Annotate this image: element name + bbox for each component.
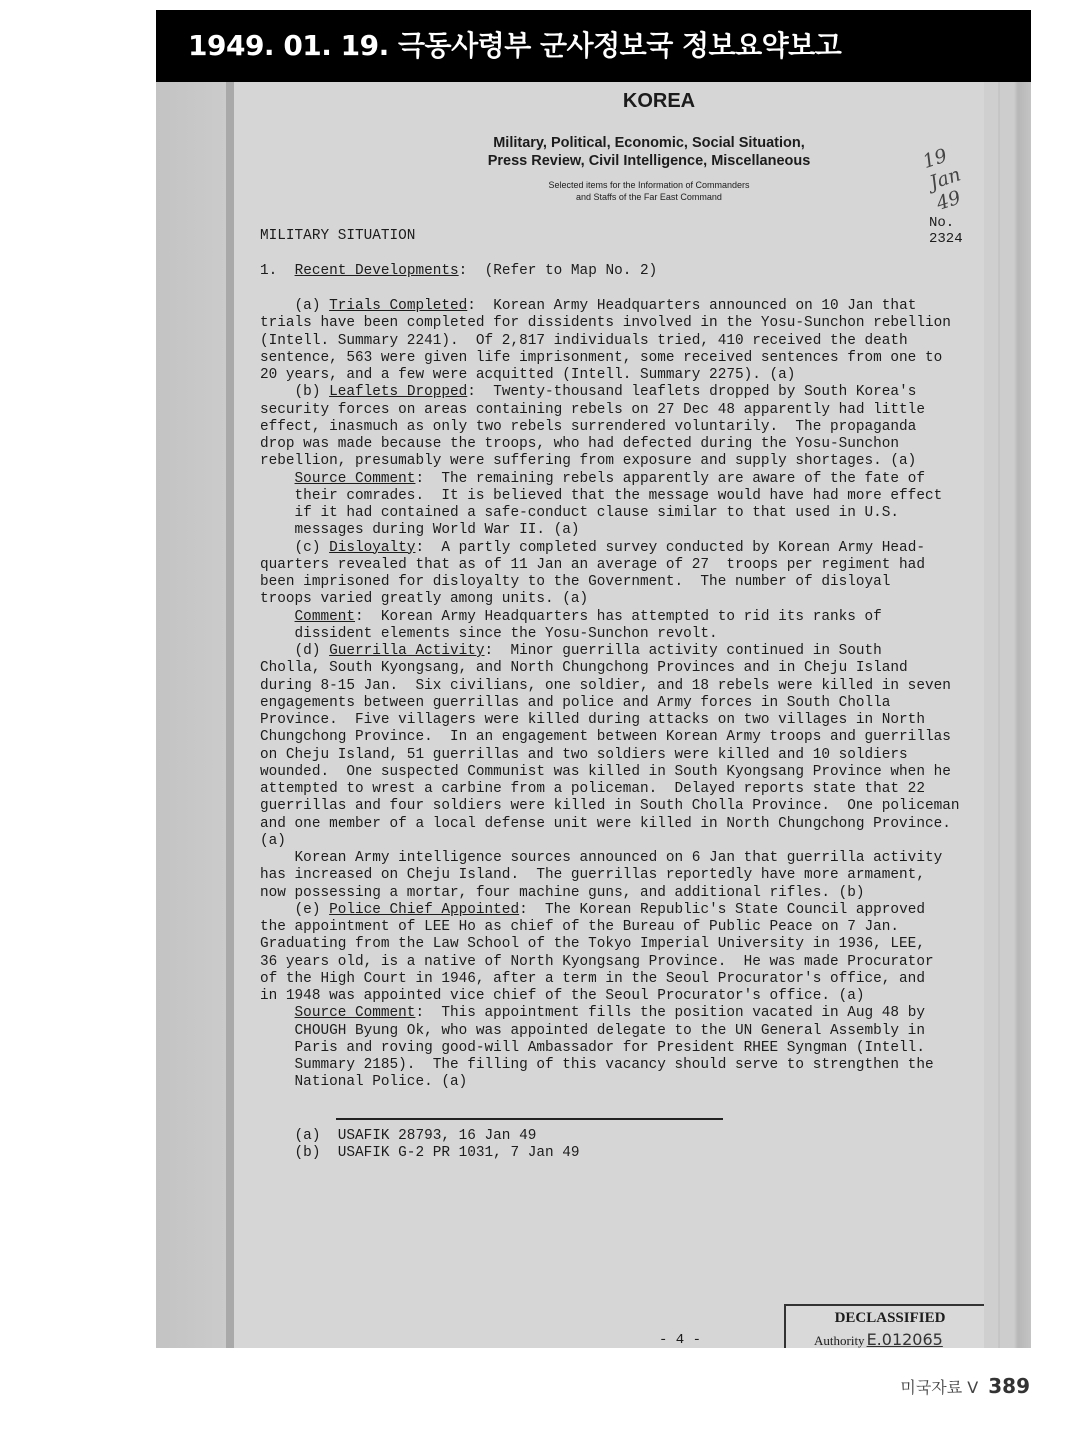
line-text: (Intell. Summary 2241). Of 2,817 individ… <box>260 333 908 349</box>
item-heading: 1. Recent Developments: (Refer to Map No… <box>260 263 657 280</box>
underlined-heading: Trials Completed <box>329 298 467 314</box>
line-text: Korean Army intelligence sources announc… <box>260 850 942 866</box>
text-line: their comrades. It is believed that the … <box>260 488 942 505</box>
line-text: has increased on Cheju Island. The guerr… <box>260 867 925 883</box>
line-text <box>260 609 295 625</box>
item-label: Recent Developments <box>295 263 459 279</box>
document-number: No. 2324 <box>929 215 984 247</box>
line-text: the appointment of LEE Ho as chief of th… <box>260 919 899 935</box>
line-text: quarters revealed that as of 11 Jan an a… <box>260 557 925 573</box>
line-text: now possessing a mortar, four machine gu… <box>260 885 865 901</box>
line-text: : This appointment fills the position va… <box>415 1005 925 1021</box>
document-subtitle: Military, Political, Economic, Social Si… <box>449 134 849 170</box>
line-text: : Twenty-thousand leaflets dropped by So… <box>467 384 916 400</box>
line-text: Summary 2185). The filling of this vacan… <box>260 1057 934 1073</box>
text-line: in 1948 was appointed vice chief of the … <box>260 988 865 1005</box>
text-line: now possessing a mortar, four machine gu… <box>260 885 865 902</box>
text-line: National Police. (a) <box>260 1074 467 1091</box>
line-text: if it had contained a safe-conduct claus… <box>260 505 899 521</box>
line-text: been imprisoned for disloyalty to the Go… <box>260 574 890 590</box>
text-line: Chungchong Province. In an engagement be… <box>260 729 951 746</box>
distribution-line: and Staffs of the Far East Command <box>494 191 804 203</box>
line-text: engagements between guerrillas and polic… <box>260 695 890 711</box>
line-text <box>260 1005 295 1021</box>
page-title: 1949. 01. 19. 극동사령부 군사정보국 정보요약보고 <box>188 24 841 64</box>
line-text: Province. Five villagers were killed dur… <box>260 712 925 728</box>
document-title: KOREA <box>534 90 784 113</box>
line-text: their comrades. It is believed that the … <box>260 488 942 504</box>
footer-label: 미국자료 Ⅴ <box>900 1378 978 1397</box>
text-line: guerrillas and four soldiers were killed… <box>260 798 960 815</box>
scan-right-margin <box>984 82 1031 1348</box>
document-body: KOREA Military, Political, Economic, Soc… <box>234 82 984 1348</box>
item-rest: : (Refer to Map No. 2) <box>459 263 658 279</box>
line-text: (a) <box>260 298 329 314</box>
line-text: rebellion, presumably were suffering fro… <box>260 453 916 469</box>
line-text: : Korean Army Headquarters announced on … <box>467 298 916 314</box>
text-line: on Cheju Island, 51 guerrillas and two s… <box>260 747 908 764</box>
stamp-title: DECLASSIFIED <box>786 1310 994 1327</box>
line-text <box>260 471 295 487</box>
line-text: Chungchong Province. In an engagement be… <box>260 729 951 745</box>
subtitle-line: Military, Political, Economic, Social Si… <box>449 134 849 152</box>
paper-sheet: KOREA Military, Political, Economic, Soc… <box>234 82 984 1348</box>
text-line: Cholla, South Kyongsang, and North Chung… <box>260 660 908 677</box>
page-footer: 미국자료 Ⅴ389 <box>900 1374 1030 1398</box>
line-text: during 8-15 Jan. Six civilians, one sold… <box>260 678 951 694</box>
text-line: drop was made because the troops, who ha… <box>260 436 899 453</box>
underlined-heading: Source Comment <box>295 1005 416 1021</box>
underlined-heading: Source Comment <box>295 471 416 487</box>
underlined-heading: Police Chief Appointed <box>329 902 519 918</box>
line-text: : The Korean Republic's State Council ap… <box>519 902 925 918</box>
line-text: and one member of a local defense unit w… <box>260 816 951 832</box>
footnote: (b) USAFIK G-2 PR 1031, 7 Jan 49 <box>260 1145 580 1162</box>
text-line: has increased on Cheju Island. The guerr… <box>260 867 925 884</box>
text-line: Paris and roving good-will Ambassador fo… <box>260 1040 925 1057</box>
line-text: (e) <box>260 902 329 918</box>
line-text: trials have been completed for dissident… <box>260 315 951 331</box>
line-text: (d) <box>260 643 329 659</box>
text-line: effect, inasmuch as only two rebels surr… <box>260 419 916 436</box>
distribution-line: Selected items for the Information of Co… <box>494 179 804 191</box>
text-line: attempted to wrest a carbine from a poli… <box>260 781 925 798</box>
stamp-authority: AuthorityE.012065 <box>814 1330 943 1348</box>
line-text: 20 years, and a few were acquitted (Inte… <box>260 367 795 383</box>
stamp-authority-label: Authority <box>814 1333 865 1348</box>
line-text: on Cheju Island, 51 guerrillas and two s… <box>260 747 908 763</box>
underlined-heading: Disloyalty <box>329 540 415 556</box>
text-line: Source Comment: This appointment fills t… <box>260 1005 925 1022</box>
text-line: (e) Police Chief Appointed: The Korean R… <box>260 902 925 919</box>
text-line: and one member of a local defense unit w… <box>260 816 951 833</box>
text-line: security forces on areas containing rebe… <box>260 402 925 419</box>
text-line: been imprisoned for disloyalty to the Go… <box>260 574 890 591</box>
text-line: (d) Guerrilla Activity: Minor guerrilla … <box>260 643 882 660</box>
line-text: effect, inasmuch as only two rebels surr… <box>260 419 916 435</box>
line-text: attempted to wrest a carbine from a poli… <box>260 781 925 797</box>
underlined-heading: Comment <box>295 609 355 625</box>
footnote: (a) USAFIK 28793, 16 Jan 49 <box>260 1128 536 1145</box>
line-text: : Korean Army Headquarters has attempted… <box>355 609 882 625</box>
text-line: (b) Leaflets Dropped: Twenty-thousand le… <box>260 384 916 401</box>
line-text: : The remaining rebels apparently are aw… <box>415 471 925 487</box>
subtitle-line: Press Review, Civil Intelligence, Miscel… <box>449 152 849 170</box>
text-line: sentence, 563 were given life imprisonme… <box>260 350 942 367</box>
text-line: rebellion, presumably were suffering fro… <box>260 453 916 470</box>
text-line: Summary 2185). The filling of this vacan… <box>260 1057 934 1074</box>
text-line: engagements between guerrillas and polic… <box>260 695 890 712</box>
line-text: Graduating from the Law School of the To… <box>260 936 925 952</box>
line-text: (a) <box>260 833 286 849</box>
line-text: (b) <box>260 384 329 400</box>
scanned-document: KOREA Military, Political, Economic, Soc… <box>156 82 1031 1348</box>
line-text: Paris and roving good-will Ambassador fo… <box>260 1040 925 1056</box>
underlined-heading: Guerrilla Activity <box>329 643 484 659</box>
line-text: guerrillas and four soldiers were killed… <box>260 798 960 814</box>
section-heading: MILITARY SITUATION <box>260 228 415 245</box>
text-line: if it had contained a safe-conduct claus… <box>260 505 899 522</box>
item-number: 1. <box>260 263 277 279</box>
text-line: CHOUGH Byung Ok, who was appointed deleg… <box>260 1023 925 1040</box>
text-line: (a) Trials Completed: Korean Army Headqu… <box>260 298 916 315</box>
line-text: troops varied greatly among units. (a) <box>260 591 588 607</box>
distribution-note: Selected items for the Information of Co… <box>494 179 804 203</box>
text-line: during 8-15 Jan. Six civilians, one sold… <box>260 678 951 695</box>
text-line: messages during World War II. (a) <box>260 522 580 539</box>
line-text: messages during World War II. (a) <box>260 522 580 538</box>
text-line: trials have been completed for dissident… <box>260 315 951 332</box>
underlined-heading: Leaflets Dropped <box>329 384 467 400</box>
text-line: Source Comment: The remaining rebels app… <box>260 471 925 488</box>
handwritten-date: 19 Jan 49 <box>920 135 993 215</box>
text-line: (a) <box>260 833 286 850</box>
header-bar: 1949. 01. 19. 극동사령부 군사정보국 정보요약보고 <box>156 10 1031 82</box>
line-text: sentence, 563 were given life imprisonme… <box>260 350 942 366</box>
line-text: wounded. One suspected Communist was kil… <box>260 764 951 780</box>
text-line: troops varied greatly among units. (a) <box>260 591 588 608</box>
line-text: of the High Court in 1946, after a term … <box>260 971 925 987</box>
line-text: Cholla, South Kyongsang, and North Chung… <box>260 660 908 676</box>
text-line: 20 years, and a few were acquitted (Inte… <box>260 367 795 384</box>
footer-page-number: 389 <box>988 1374 1030 1398</box>
text-line: Graduating from the Law School of the To… <box>260 936 925 953</box>
text-line: (c) Disloyalty: A partly completed surve… <box>260 540 925 557</box>
text-line: of the High Court in 1946, after a term … <box>260 971 925 988</box>
line-text: CHOUGH Byung Ok, who was appointed deleg… <box>260 1023 925 1039</box>
text-line: Korean Army intelligence sources announc… <box>260 850 942 867</box>
text-line: wounded. One suspected Communist was kil… <box>260 764 951 781</box>
line-text: : A partly completed survey conducted by… <box>415 540 925 556</box>
line-text: (c) <box>260 540 329 556</box>
text-line: (Intell. Summary 2241). Of 2,817 individ… <box>260 333 908 350</box>
line-text: National Police. (a) <box>260 1074 467 1090</box>
scan-left-margin <box>156 82 226 1348</box>
line-text: 36 years old, is a native of North Kyong… <box>260 954 934 970</box>
binding-spine <box>226 82 234 1348</box>
page-marker: - 4 - <box>659 1332 701 1348</box>
text-line: 36 years old, is a native of North Kyong… <box>260 954 934 971</box>
text-line: quarters revealed that as of 11 Jan an a… <box>260 557 925 574</box>
text-line: Province. Five villagers were killed dur… <box>260 712 925 729</box>
footnote-rule <box>336 1118 723 1120</box>
text-line: Comment: Korean Army Headquarters has at… <box>260 609 882 626</box>
line-text: dissident elements since the Yosu-Suncho… <box>260 626 718 642</box>
text-line: dissident elements since the Yosu-Suncho… <box>260 626 718 643</box>
line-text: in 1948 was appointed vice chief of the … <box>260 988 865 1004</box>
line-text: drop was made because the troops, who ha… <box>260 436 899 452</box>
line-text: security forces on areas containing rebe… <box>260 402 925 418</box>
text-line: the appointment of LEE Ho as chief of th… <box>260 919 899 936</box>
line-text: : Minor guerrilla activity continued in … <box>485 643 882 659</box>
declassified-stamp: DECLASSIFIED AuthorityE.012065 <box>784 1304 996 1348</box>
stamp-authority-value: E.012065 <box>867 1330 943 1348</box>
